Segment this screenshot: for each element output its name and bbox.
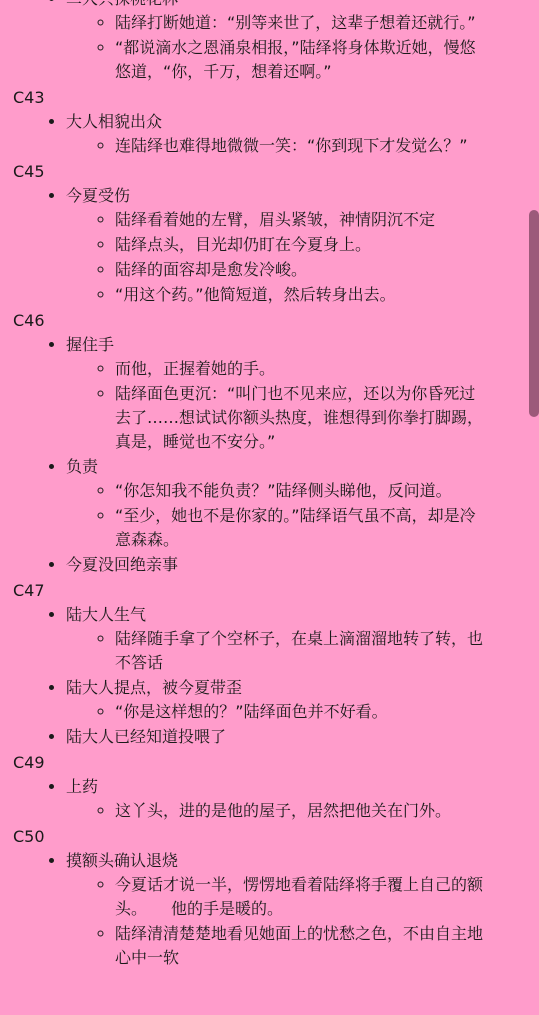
quote-item: “都说滴水之恩涌泉相报，”陆绎将身体欺近她，慢悠悠道，“你，千万，想着还啊。” xyxy=(115,36,490,84)
quote-item: 陆绎打断她道：“别等来世了，这辈子想着还就行。” xyxy=(115,11,490,35)
quote-list: 今夏话才说一半，愣愣地看着陆绎将手覆上自己的额头。 他的手是暖的。 陆绎清清楚楚… xyxy=(66,873,510,970)
topic-item: 大人相貌出众 连陆绎也难得地微微一笑：“你到现下才发觉么？” xyxy=(66,110,510,158)
quote-list: 陆绎随手拿了个空杯子，在桌上滴溜溜地转了转，也不答话 xyxy=(66,627,510,675)
topic-list: 陆大人生气 陆绎随手拿了个空杯子，在桌上滴溜溜地转了转，也不答话 陆大人提点，被… xyxy=(0,603,520,749)
topic-item: 陆大人提点，被今夏带歪 “你是这样想的？”陆绎面色并不好看。 xyxy=(66,676,510,724)
vertical-scrollbar[interactable] xyxy=(523,0,539,1015)
topic-list: 大人相貌出众 连陆绎也难得地微微一笑：“你到现下才发觉么？” xyxy=(0,110,520,158)
chapter-label: C50 xyxy=(0,824,520,849)
chapter-c47: C47 陆大人生气 陆绎随手拿了个空杯子，在桌上滴溜溜地转了转，也不答话 陆大人… xyxy=(0,578,520,749)
topic-title: 陆大人提点，被今夏带歪 xyxy=(66,676,510,700)
quote-item: 这丫头，进的是他的屋子，居然把他关在门外。 xyxy=(115,799,490,823)
topic-list: 上药 这丫头，进的是他的屋子，居然把他关在门外。 xyxy=(0,775,520,823)
topic-item: 负责 “你怎知我不能负责？”陆绎侧头睇他，反问道。 “至少，她也不是你家的。”陆… xyxy=(66,455,510,552)
topic-list: 今夏受伤 陆绎看着她的左臂，眉头紧皱，神情阴沉不定 陆绎点头，目光却仍盯在今夏身… xyxy=(0,184,520,307)
quote-list: 陆绎看着她的左臂，眉头紧皱，神情阴沉不定 陆绎点头，目光却仍盯在今夏身上。 陆绎… xyxy=(66,208,510,307)
topic-item: 今夏没回绝亲事 xyxy=(66,553,510,577)
topic-list: 握住手 而他，正握着她的手。 陆绎面色更沉：“叫门也不见来应，还以为你昏死过去了… xyxy=(0,333,520,577)
quote-item: 陆绎清清楚楚地看见她面上的忧愁之色，不由自主地心中一软 xyxy=(115,922,490,970)
topic-title: 今夏没回绝亲事 xyxy=(66,553,510,577)
topic-title: 握住手 xyxy=(66,333,510,357)
topic-item: 陆大人生气 陆绎随手拿了个空杯子，在桌上滴溜溜地转了转，也不答话 xyxy=(66,603,510,675)
topic-item: 今夏受伤 陆绎看着她的左臂，眉头紧皱，神情阴沉不定 陆绎点头，目光却仍盯在今夏身… xyxy=(66,184,510,307)
quote-item: “至少，她也不是你家的。”陆绎语气虽不高，却是冷意森森。 xyxy=(115,504,490,552)
chapter-c49: C49 上药 这丫头，进的是他的屋子，居然把他关在门外。 xyxy=(0,750,520,823)
chapter-label: C46 xyxy=(0,308,520,333)
chapter-c46: C46 握住手 而他，正握着她的手。 陆绎面色更沉：“叫门也不见来应，还以为你昏… xyxy=(0,308,520,577)
topic-item: 握住手 而他，正握着她的手。 陆绎面色更沉：“叫门也不见来应，还以为你昏死过去了… xyxy=(66,333,510,454)
topic-item: 上药 这丫头，进的是他的屋子，居然把他关在门外。 xyxy=(66,775,510,823)
quote-list: 陆绎打断她道：“别等来世了，这辈子想着还就行。” “都说滴水之恩涌泉相报，”陆绎… xyxy=(66,11,510,84)
topic-item: 摸额头确认退烧 今夏话才说一半，愣愣地看着陆绎将手覆上自己的额头。 他的手是暖的… xyxy=(66,849,510,970)
chapter-label: C43 xyxy=(0,85,520,110)
quote-list: “你怎知我不能负责？”陆绎侧头睇他，反问道。 “至少，她也不是你家的。”陆绎语气… xyxy=(66,479,510,552)
quote-list: 连陆绎也难得地微微一笑：“你到现下才发觉么？” xyxy=(66,134,510,158)
topic-title: 陆大人已经知道投喂了 xyxy=(66,725,510,749)
chapter-label: C49 xyxy=(0,750,520,775)
topic-item: 二人共探桃花林 陆绎打断她道：“别等来世了，这辈子想着还就行。” “都说滴水之恩… xyxy=(66,0,510,84)
chapter-c50: C50 摸额头确认退烧 今夏话才说一半，愣愣地看着陆绎将手覆上自己的额头。 他的… xyxy=(0,824,520,970)
chapter-c45: C45 今夏受伤 陆绎看着她的左臂，眉头紧皱，神情阴沉不定 陆绎点头，目光却仍盯… xyxy=(0,159,520,307)
quote-item: 陆绎看着她的左臂，眉头紧皱，神情阴沉不定 xyxy=(115,208,490,232)
quote-item: 今夏话才说一半，愣愣地看着陆绎将手覆上自己的额头。 他的手是暖的。 xyxy=(115,873,490,921)
topic-list: 二人共探桃花林 陆绎打断她道：“别等来世了，这辈子想着还就行。” “都说滴水之恩… xyxy=(0,0,520,84)
quote-list: 而他，正握着她的手。 陆绎面色更沉：“叫门也不见来应，还以为你昏死过去了……想试… xyxy=(66,357,510,454)
chapter-label: C47 xyxy=(0,578,520,603)
quote-item: 陆绎面色更沉：“叫门也不见来应，还以为你昏死过去了……想试试你额头热度，谁想得到… xyxy=(115,382,490,454)
quote-list: “你是这样想的？”陆绎面色并不好看。 xyxy=(66,700,510,724)
outline-document: 二人共探桃花林 陆绎打断她道：“别等来世了，这辈子想着还就行。” “都说滴水之恩… xyxy=(0,0,520,971)
topic-list: 摸额头确认退烧 今夏话才说一半，愣愣地看着陆绎将手覆上自己的额头。 他的手是暖的… xyxy=(0,849,520,970)
quote-item: 而他，正握着她的手。 xyxy=(115,357,490,381)
topic-title: 大人相貌出众 xyxy=(66,110,510,134)
quote-item: 陆绎随手拿了个空杯子，在桌上滴溜溜地转了转，也不答话 xyxy=(115,627,490,675)
quote-list: 这丫头，进的是他的屋子，居然把他关在门外。 xyxy=(66,799,510,823)
chapter-label: C45 xyxy=(0,159,520,184)
topic-title: 摸额头确认退烧 xyxy=(66,849,510,873)
chapter-c43: C43 大人相貌出众 连陆绎也难得地微微一笑：“你到现下才发觉么？” xyxy=(0,85,520,158)
quote-item: 陆绎的面容却是愈发冷峻。 xyxy=(115,258,490,282)
topic-item: 陆大人已经知道投喂了 xyxy=(66,725,510,749)
quote-item: 连陆绎也难得地微微一笑：“你到现下才发觉么？” xyxy=(115,134,490,158)
topic-title: 上药 xyxy=(66,775,510,799)
topic-title: 二人共探桃花林 xyxy=(66,0,510,11)
quote-item: 陆绎点头，目光却仍盯在今夏身上。 xyxy=(115,233,490,257)
topic-title: 陆大人生气 xyxy=(66,603,510,627)
chapter-continued: 二人共探桃花林 陆绎打断她道：“别等来世了，这辈子想着还就行。” “都说滴水之恩… xyxy=(0,0,520,84)
quote-item: “你是这样想的？”陆绎面色并不好看。 xyxy=(115,700,490,724)
scrollbar-thumb[interactable] xyxy=(529,210,539,417)
quote-item: “用这个药。”他简短道，然后转身出去。 xyxy=(115,283,490,307)
topic-title: 今夏受伤 xyxy=(66,184,510,208)
quote-item: “你怎知我不能负责？”陆绎侧头睇他，反问道。 xyxy=(115,479,490,503)
topic-title: 负责 xyxy=(66,455,510,479)
